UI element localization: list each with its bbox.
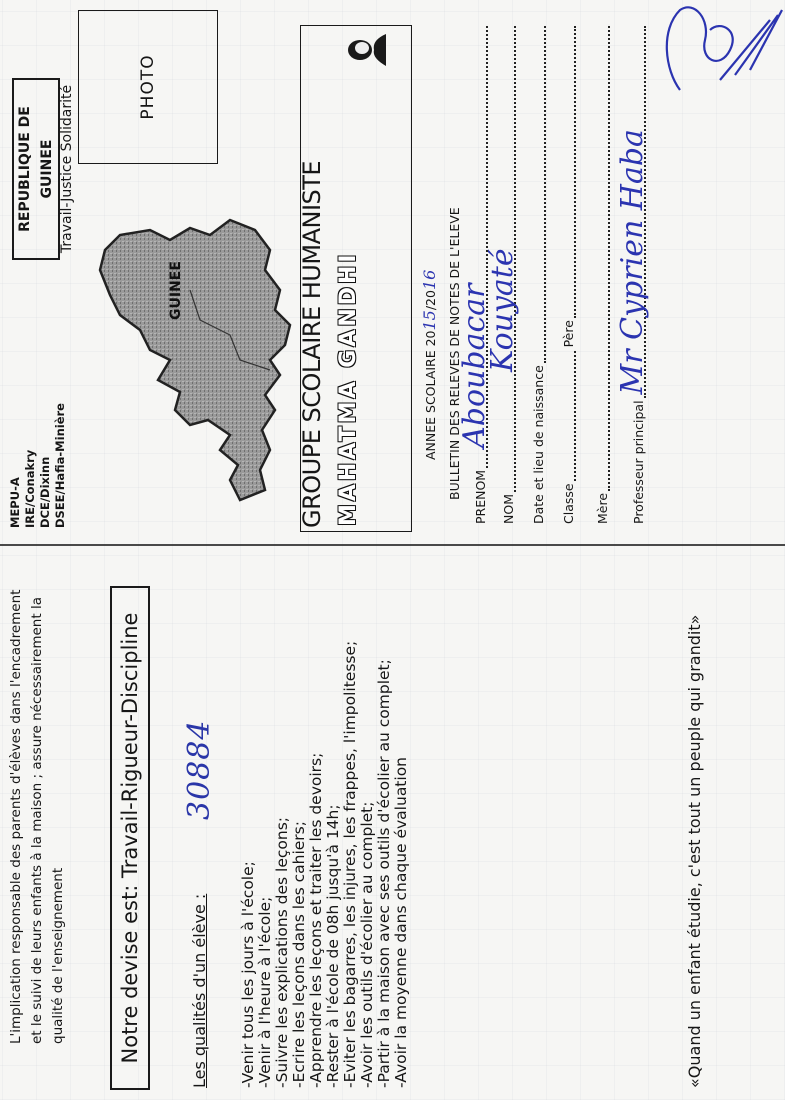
list-item: -Rester à l'école de 08h jusqu'à 14h; (325, 641, 342, 1088)
parent-involvement-note: L'implication responsable des parents d'… (6, 544, 69, 1044)
closing-quote: «Quand un enfant étudie, c'est tout un p… (685, 615, 704, 1088)
prof-value: Mr Cyprien Haba (618, 129, 648, 394)
intro-line: L'implication responsable des parents d'… (6, 544, 27, 1044)
admin-line: MEPU-A (8, 403, 23, 528)
intro-line: et le suivi de leurs enfants à la maison… (27, 544, 48, 1044)
photo-label: PHOTO (138, 54, 158, 119)
admin-line: IRE/Conakry (23, 403, 38, 528)
map-label: GUINEE (168, 261, 184, 320)
school-brand: MAHATMA GANDHI (336, 86, 361, 526)
admin-line: DCE/Dixinn (38, 403, 53, 528)
republic-title: REPUBLIQUE DE GUINEE (14, 80, 58, 258)
pere-label: Père (561, 320, 576, 347)
classe-label: Classe (561, 483, 576, 524)
pere-line (570, 26, 576, 318)
prenom-label: PRENOM (473, 470, 488, 524)
guinea-map-icon: GUINEE (80, 210, 310, 520)
list-item: -Venir tous les jours à l'école; (240, 641, 257, 1088)
mere-label: Mère (595, 493, 610, 524)
field-classe-pere: Classe Père (558, 26, 576, 524)
fold-divider (0, 544, 785, 546)
field-birth: Date et lieu de naissance (528, 26, 546, 524)
field-professeur: Professeur principal Mr Cyprien Haba (628, 26, 646, 524)
handwritten-number: 30884 (182, 720, 217, 820)
school-year: ANNEE SCOLAIRE 2015/2016 (420, 270, 439, 460)
year-separator: /20 (423, 290, 438, 310)
administration-block: MEPU-A IRE/Conakry DCE/Dixinn DSEE/Hafia… (8, 403, 68, 528)
list-item: -Ecrire les leçons dans les cahiers; (291, 641, 308, 1088)
qualities-list: -Venir tous les jours à l'école; -Venir … (240, 641, 410, 1088)
list-item: -Partir à la maison avec ses outils d'éc… (376, 641, 393, 1088)
national-motto: Travail-Justice Solidarité (58, 80, 76, 258)
year-start-handwritten: 15 (420, 310, 439, 330)
photo-placeholder: PHOTO (78, 10, 218, 164)
year-end-handwritten: 16 (420, 270, 439, 290)
classe-line (570, 351, 576, 481)
prof-line: Mr Cyprien Haba (640, 26, 646, 398)
birth-line (540, 26, 546, 363)
prof-label: Professeur principal (631, 400, 646, 524)
republic-box: REPUBLIQUE DE GUINEE Travail-Justice Sol… (12, 78, 60, 260)
list-item: -Venir à l'heure à l'école; (257, 641, 274, 1088)
signature-icon (660, 0, 785, 100)
list-item: -Suivre les explications des leçons; (274, 641, 291, 1088)
nom-line: Kouyaté (510, 26, 516, 492)
field-mere: Mère (592, 26, 610, 524)
school-name: GROUPE SCOLAIRE HUMANISTE (298, 58, 326, 528)
field-nom: NOM Kouyaté (498, 26, 516, 524)
year-label: ANNEE SCOLAIRE 20 (423, 331, 438, 460)
admin-line: DSEE/Hafia-Minière (53, 403, 68, 528)
list-item: -Apprendre les leçons et traiter les dev… (308, 641, 325, 1088)
prenom-line: Aboubacar (482, 26, 488, 468)
birth-label: Date et lieu de naissance (531, 365, 546, 524)
list-item: -Avoir la moyenne dans chaque évaluation (393, 641, 410, 1088)
intro-line: qualité de l'enseignement (48, 544, 69, 1044)
qualities-heading: Les qualités d'un élève : (190, 894, 209, 1088)
school-motto-box: Notre devise est: Travail-Rigueur-Discip… (110, 586, 150, 1090)
list-item: -Eviter les bagarres, les injures, les f… (342, 641, 359, 1088)
mere-line (604, 26, 610, 491)
nom-label: NOM (501, 494, 516, 524)
list-item: -Avoir les outils d'écolier au complet; (359, 641, 376, 1088)
gandhi-portrait-icon (342, 32, 386, 70)
report-card-sheet: L'implication responsable des parents d'… (0, 0, 785, 1100)
nom-value: Kouyaté (488, 248, 518, 372)
